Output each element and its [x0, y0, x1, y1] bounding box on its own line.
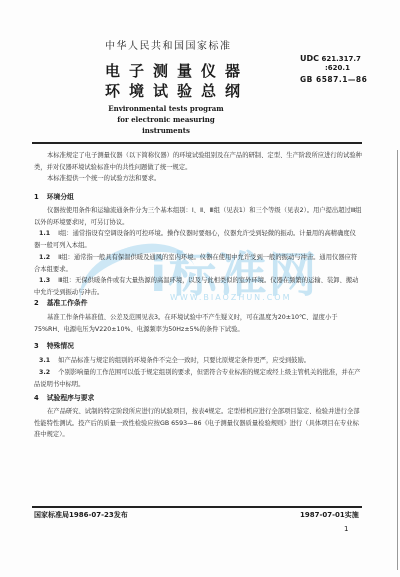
section-1-body: 仪器按使用条件和运输流通条件分为三个基本组别：Ⅰ、Ⅱ、Ⅲ组（见表1）和三个等级（…: [34, 205, 362, 228]
page-number: 1: [344, 525, 348, 533]
section-2-body: 基准工作条件基准值、公差及范围见表3。在环境试验中不产生疑义时，可在温度为20±…: [34, 312, 362, 335]
document-title-line1: 电子测量仪器: [105, 60, 249, 81]
section-4-body: 在产品研究、试制的特定阶段所应进行的试验项目，按表4规定。定型样机应进行全部项目…: [34, 406, 362, 441]
section-2-heading: 2基准工作条件: [34, 297, 88, 307]
english-title-line1: Environmental tests program: [100, 103, 232, 114]
footer-divider: [32, 506, 362, 508]
section-3-1: 3.1如产品标准与规定的组别的环境条件不完全一致时，只要比原规定条件更严，应受到…: [34, 355, 362, 367]
udc-label: UDC: [300, 54, 319, 63]
section-1-heading: 1环境分组: [34, 191, 74, 201]
section-1-3: 1.3Ⅲ组：无保供暖条件或有大量热源的高温环境，以及与此相类似的室外环境。仪器在…: [34, 275, 362, 298]
udc-line1: 621.317.7: [321, 55, 360, 63]
issue-date: 国家标准局1986-07-23发布: [34, 510, 128, 520]
gb-number: GB 6587.1—86: [300, 75, 367, 84]
intro-paragraph-1: 本标准规定了电子测量仪器（以下简称仪器）的环境试验组别及在产品的研制、定型、生产…: [34, 150, 362, 173]
scan-edge: [397, 150, 398, 570]
header-divider: [32, 142, 362, 144]
section-1-1: 1.1Ⅰ组：通常指设有空调设备的可控环境。操作仪器时要细心，仪器允许受到轻微的振…: [34, 228, 362, 251]
intro-paragraph-2: 本标准提供一个统一的试验方法和要求。: [34, 173, 362, 185]
udc-code: UDC 621.317.7 :620.1: [300, 54, 361, 73]
english-title-line2: for electronic measuring instruments: [100, 114, 232, 136]
document-title-line2: 环境试验总纲: [105, 80, 249, 101]
section-4-heading: 4试验程序与要求: [34, 392, 94, 402]
udc-line2: :620.1: [325, 64, 350, 72]
section-3-heading: 3特殊情况: [34, 340, 74, 350]
implementation-date: 1987-07-01实施: [300, 510, 359, 520]
national-standard-label: 中华人民共和国国家标准: [105, 37, 232, 52]
section-1-2: 1.2Ⅱ组：通常指一般具有保温供暖及通风的室内环境。仪器在使用中允许受到一般的振…: [34, 252, 362, 275]
section-3-2: 3.2个别影响量的工作范围可以低于规定组别的要求，但需符合专业标准的规定或经上级…: [34, 367, 362, 390]
